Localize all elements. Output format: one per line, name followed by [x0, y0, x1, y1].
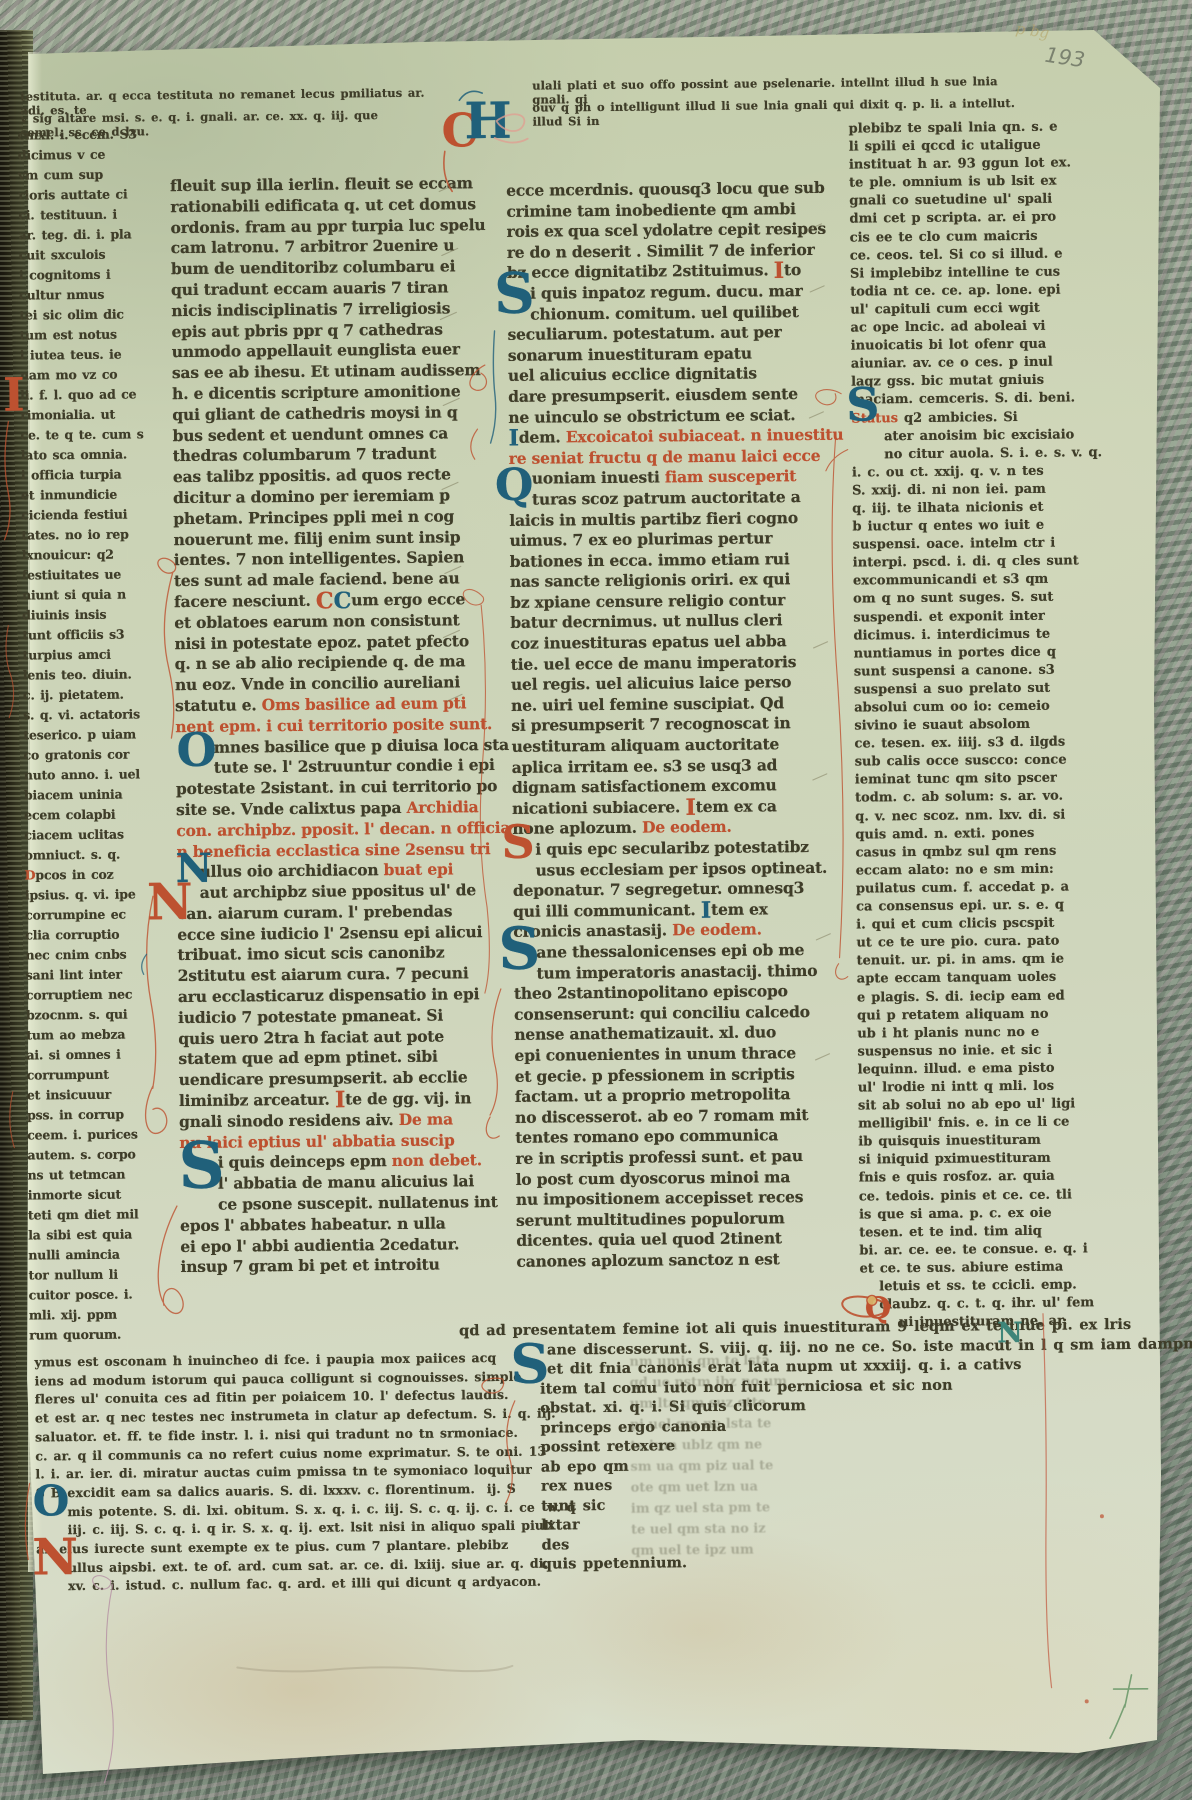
catchword-letter-n: N [997, 1322, 1023, 1344]
text-line: teserico. p uiam [23, 724, 145, 745]
text-line: i officia turpia [21, 464, 143, 485]
text-line: bum de uenditoribz columbaru ei [171, 256, 465, 280]
scratch-mark [237, 1665, 512, 1674]
text-line: rationabili edificata q. ut cet domus [170, 194, 464, 218]
bottom-left-initial-n: N [32, 1537, 78, 1576]
text-line: cultur nmus [19, 284, 141, 305]
text-line: lo post cum dyoscorus minoi ma [516, 1166, 814, 1189]
text-line: uimus. 7 ex eo plurimas pertur [509, 528, 807, 551]
text-line: ipsius. q. vi. ipe [25, 884, 147, 905]
text-line: nense anathematizauit. xl. duo [514, 1022, 812, 1045]
text-line: statutu e. Oms basilice ad eum pti [175, 693, 469, 717]
col2-initial-s-red: S [501, 825, 535, 861]
text-line: et insicuuur [27, 1084, 149, 1105]
text-line: n beneficia ecclastica sine 2sensu tri [176, 839, 470, 863]
green-cross-mark [1109, 1675, 1148, 1738]
corner-inscription: p bg [1015, 19, 1051, 42]
text-line: nouerunt me. filij enim sunt insip [173, 527, 467, 551]
text-line: ecce sine iudicio l' 2sensu epi alicui [177, 922, 471, 946]
text-line: ar. teg. di. i. pla [18, 224, 140, 245]
text-line: uel regis. uel alicuius laice perso [511, 672, 809, 695]
text-line: uestituram aliquam auctoritate [511, 734, 809, 757]
text-line: lato sca omnia. [21, 444, 143, 465]
text-line: serunt multitudines populorum [516, 1208, 814, 1231]
text-line: batur decrnimus. ut nullus cleri [510, 610, 808, 633]
text-line: cicienda festiui [21, 504, 143, 525]
text-line: ne. uiri uel femine suscipiat. Qd [511, 693, 809, 716]
text-line: ciacem uclitas [24, 824, 146, 845]
text-line: bationes in ecca. immo etiam rui [510, 549, 808, 572]
text-line: phetam. Principes ppli mei n cog [173, 506, 467, 530]
text-line: niunt si quia n [22, 584, 144, 605]
col1-initial-o: O [176, 733, 216, 769]
text-line: usus ecclesiam per ipsos optineat. [513, 858, 811, 881]
text-line: re seniat fructu q de manu laici ecce [509, 446, 807, 469]
bottom-left-o-flourish [25, 1484, 30, 1560]
text-line: coz inuestituras epatus uel abba [510, 631, 808, 654]
text-line: sonarum inuestituram epatu [508, 343, 806, 366]
text-line: nam mo vz co [20, 364, 142, 385]
text-line: no citur auola. S. i. e. s. v. q. [852, 444, 1124, 465]
text-line: insup 7 gram bi pet et introitu [180, 1255, 474, 1279]
bottom-left-purple-flourish [93, 1576, 115, 1783]
text-line: canones aplozum sanctoz n est [516, 1249, 814, 1272]
text-line: cam latronu. 7 arbitror 2uenire u [171, 236, 465, 260]
text-line: statem que ad epm ptinet. sibi [178, 1047, 472, 1071]
text-line: none aplozum. De eodem. [512, 816, 810, 839]
text-line: c. ij. pietatem. [23, 684, 145, 705]
text-line: et oblatoes earum non consistunt [174, 610, 468, 634]
bottom-left-gloss-block: ymus est osconam h inuincheo di fce. i p… [34, 1349, 511, 1597]
text-line: la sibi est quia [28, 1224, 150, 1245]
col2-initial-q: Q [495, 469, 534, 504]
text-line: tum imperatoris anastacij. thimo [514, 961, 812, 984]
main-text-column-right: ecce mcerdnis. quousq3 locu que subcrimi… [506, 178, 814, 1272]
text-line: nas sancte religionis oriri. ex qui [510, 569, 808, 592]
text-line: festiuitates ue [22, 564, 144, 585]
text-line: re in scriptis professi sunt. et pau [515, 1146, 813, 1169]
text-line: teti qm diet mil [28, 1204, 150, 1225]
text-line: i iutea teus. ie [20, 344, 142, 365]
text-line: Dpcos in coz [25, 864, 147, 885]
text-line: uel alicuius ecclice dignitatis [508, 363, 806, 386]
text-line: tentes romano epo communica [515, 1125, 813, 1148]
text-line: diuinis insis [22, 604, 144, 625]
text-line: qui illi communicant. Item ex [513, 899, 811, 922]
text-line: ce. te q te. cum s [20, 424, 142, 445]
text-line: eas talibz ppositis. ad quos recte [173, 464, 467, 488]
text-line: qui tradunt eccam auaris 7 tiran [171, 277, 465, 301]
col2-initial-s-bottom: S [498, 927, 540, 973]
text-line: dicentes. quia uel quod 2tinent [516, 1228, 814, 1251]
text-line: uoniam inuesti fiam susceperit [509, 466, 807, 489]
monogram-letter-h: H [464, 101, 512, 140]
col1-initial-s: S [178, 1142, 225, 1192]
col2-s2-flourish [485, 989, 502, 1138]
text-line: mnes basilice que p diuisa loca sta [175, 735, 469, 759]
text-line: thedras columbarum 7 tradunt [173, 444, 467, 468]
text-line: liminibz arceatur. Ite de gg. vij. in [179, 1088, 473, 1112]
text-line: laicis in multis partibz fieri cogno [509, 507, 807, 530]
text-line: sas ee ab ihesu. Et utinam audissem [172, 360, 466, 384]
text-line: Idem. Excoicatoi subiaceat. n inuestitu [508, 425, 806, 448]
bottom-left-initial-o: O [33, 1485, 70, 1518]
text-line: tates. no io rep [21, 524, 143, 545]
text-line: quis uero 2tra h faciat aut pote [178, 1026, 472, 1050]
text-line: i quis inpatoz regum. ducu. mar [507, 281, 805, 304]
text-line: pss. in corrup [27, 1104, 149, 1125]
text-line: dare presumpserit. eiusdem sente [508, 384, 806, 407]
text-line: site se. Vnde calixtus papa Archidia [176, 797, 470, 821]
text-line: crimine tam inobediente qm ambi [506, 199, 804, 222]
left-margin-gloss-column: cmxl. i. eccm. S3dicimus v cevm cum supr… [18, 124, 152, 1345]
text-line: theo 2stantinopolitano episcopo [514, 981, 812, 1004]
text-line: nuto anno. i. uel [24, 764, 146, 785]
text-line: ientes. 7 non intelligentes. Sapien [174, 548, 468, 572]
text-line: aplica irritam ee. s3 se usq3 ad [512, 755, 810, 778]
text-line: con. archipbz. pposit. l' decan. n offic… [176, 818, 470, 842]
left-margin-squiggles [5, 626, 18, 1148]
text-line: ecce mcerdnis. quousq3 locu que sub [506, 178, 804, 201]
text-line: nent epm. i cui territorio posite sunt. [175, 714, 469, 738]
text-line: nu impositionem accepisset reces [516, 1187, 814, 1210]
text-line: q. n se ab alio recipiende q. de ma [175, 652, 469, 676]
text-line: rioris auttate ci [18, 184, 140, 205]
text-line: nicis indisciplinatis 7 irreligiosis [171, 298, 465, 322]
text-line: corrumpunt [27, 1064, 149, 1085]
text-line: tunt officiis s3 [22, 624, 144, 645]
text-line: biacem uninia [24, 784, 146, 805]
text-line: dicitur a domino per ieremiam p [173, 485, 467, 509]
text-line: ecem colapbi [24, 804, 146, 825]
text-line: ullus oio archidiacon buat epi [177, 860, 471, 884]
text-line: tei sic olim dic [19, 304, 141, 325]
text-line: rois ex qua scel ydolatre cepit resipes [506, 219, 804, 242]
text-line: cuitor posce. i. [29, 1284, 151, 1305]
text-line: i quis epc secularibz potestatibz [512, 837, 810, 860]
text-line: bzocnm. s. qui [26, 1004, 148, 1025]
text-line: ns ut tetmcan [28, 1164, 150, 1185]
text-line: chionum. comitum. uel quilibet [507, 302, 805, 325]
text-line: epi conuenientes in unum thrace [514, 1043, 812, 1066]
text-line: nulli amincia [28, 1244, 150, 1265]
text-line: lxnouicur: q2 [22, 544, 144, 565]
col2-initial-s-top: S [494, 273, 535, 317]
text-line: ordonis. fram au ppr turpia luc spelu [170, 215, 464, 239]
text-line: s. q. vi. actatoris [23, 704, 145, 725]
text-line: co gratonis cor [23, 744, 145, 765]
text-line: dicimus v ce [18, 144, 140, 165]
text-line: epis aut pbris ppr q 7 cathedras [171, 319, 465, 343]
text-line: iudicio 7 potestate pmaneat. Si [178, 1005, 472, 1029]
tail-initial-q: Q [865, 1297, 891, 1321]
col2-s-blue-stem [490, 331, 497, 443]
text-line: ceem. i. purices [27, 1124, 149, 1145]
text-line: tum est notus [19, 324, 141, 345]
text-line: dignam satisfactionem excomu [512, 775, 810, 798]
text-line: epos l' abbates habeatur. n ulla [180, 1213, 474, 1237]
text-line: inmorte sicut [28, 1184, 150, 1205]
text-line: clia corruptio [25, 924, 147, 945]
text-line: sani lint inter [26, 964, 148, 985]
text-line: h. e dicentis scripture amonitione [172, 381, 466, 405]
manuscript-content: p bg 193 testituta. ar. q ecca testituta… [0, 0, 1192, 1800]
right-margin-gloss-column: plebibz te spali lnia qn. s. eli spili e… [849, 118, 1133, 1333]
text-line: cuit sxculois [19, 244, 141, 265]
text-line: autem. s. corpo [27, 1144, 149, 1165]
text-line: nec cnim cnbs [25, 944, 147, 965]
text-line: bus sedent et uendunt omnes ca [172, 423, 466, 447]
text-line: ai. si omnes i [26, 1044, 148, 1065]
text-line: uendicare presumpserit. ab ecclie [179, 1067, 473, 1091]
text-line: tute se. l' 2struuntur condie i epi [176, 756, 470, 780]
text-line: turpius amci [23, 644, 145, 665]
text-line: mli. xij. ppm [29, 1304, 151, 1325]
text-line: corrumpine ec [25, 904, 147, 925]
text-line: 2stitutu est aiarum cura. 7 pecuni [178, 964, 472, 988]
text-line: xv. c. i. istud. c. nullum fac. q. ard. … [36, 1573, 511, 1596]
text-line: seculiarum. potestatum. aut per [507, 322, 805, 345]
text-line: rimonialia. ut [20, 404, 142, 425]
text-line: bz ecce dignitatibz 2stituimus. Ito [507, 260, 805, 283]
text-line: corruptiem nec [26, 984, 148, 1005]
text-line: consenserunt: qui conciliu calcedo [514, 1002, 812, 1025]
text-line: rum quorum. [29, 1324, 151, 1345]
text-line: vm cum sup [18, 164, 140, 185]
text-line: unmodo appellauit eunglista euer [172, 340, 466, 364]
text-line: nisi in potestate epoz. patet pfecto [174, 631, 468, 655]
text-line: bz xpiane censure religio contur [510, 590, 808, 613]
text-line: can. aiarum curam. l' prebendas [177, 901, 471, 925]
text-line: tor nullum li [28, 1264, 150, 1285]
text-line: cmxl. i. eccm. S3 [18, 124, 140, 145]
right-gloss-s-flourish [816, 389, 853, 979]
text-line: i cognitoms i [19, 264, 141, 285]
text-line: nu eoz. Vnde in concilio aureliani [175, 672, 469, 696]
ink-bleedthrough-text: nm umis qm te lstaqd ue pstm ibz no umum… [629, 1347, 1091, 1561]
text-line: si presumpserit 7 recognoscat in [511, 713, 809, 736]
text-line: cronicis anastasij. De eodem. [513, 919, 811, 942]
text-line: omniuct. s. q. [24, 844, 146, 865]
text-line: tie. uel ecce de manu imperatoris [511, 652, 809, 675]
text-line: facere nesciunt. CCum ergo ecce [174, 589, 468, 613]
right-gloss-initial-s: S [846, 387, 880, 423]
left-margin-initial-i: I [3, 378, 25, 414]
left-margin-flourish [3, 422, 10, 540]
text-line: ei epo l' abbi audientia 2cedatur. [180, 1234, 474, 1258]
text-line: et inmundicie [21, 484, 143, 505]
text-line: aut archipbz siue ppositus ul' de [177, 880, 471, 904]
text-line: deponatur. 7 segregetur. omnesq3 [513, 878, 811, 901]
text-line: li. f. l. quo ad ce [20, 384, 142, 405]
text-line: lenis teo. diuin. [23, 664, 145, 685]
red-speck [1085, 1699, 1089, 1703]
bottom-right-initial-s: S [510, 1343, 549, 1385]
text-line: claubz. q. c. t. q. ihr. ul' fem [860, 1294, 1132, 1315]
text-line: ane thessalonicenses epi ob me [513, 940, 811, 963]
text-line: et gecie. p pfessionem in scriptis [515, 1063, 813, 1086]
text-line: factam. ut a proprio metropolita [515, 1084, 813, 1107]
text-line: nicationi subiacere. Item ex ca [512, 796, 810, 819]
text-line: tum ao mebza [26, 1024, 148, 1045]
col1-initial-n-red: N [147, 882, 193, 921]
text-line: qui gliant de cathedris moysi in q [172, 402, 466, 426]
text-line: no discesserot. ab eo 7 romam mit [515, 1105, 813, 1128]
text-line: ci. testituun. i [18, 204, 140, 225]
text-line: potestate 2sistant. in cui territorio po [176, 776, 470, 800]
text-line: qm uel te ipz um [631, 1536, 1091, 1561]
text-line: aru ecclasticaruz dispensatio in epi [178, 984, 472, 1008]
text-line: tribuat. imo sicut scis canonibz [177, 943, 471, 967]
text-line: fleuit sup illa ierlin. fleuit se eccam [170, 173, 464, 197]
text-line: turas scoz patrum auctoritate a [509, 487, 807, 510]
folio-number: 193 [1043, 43, 1086, 73]
